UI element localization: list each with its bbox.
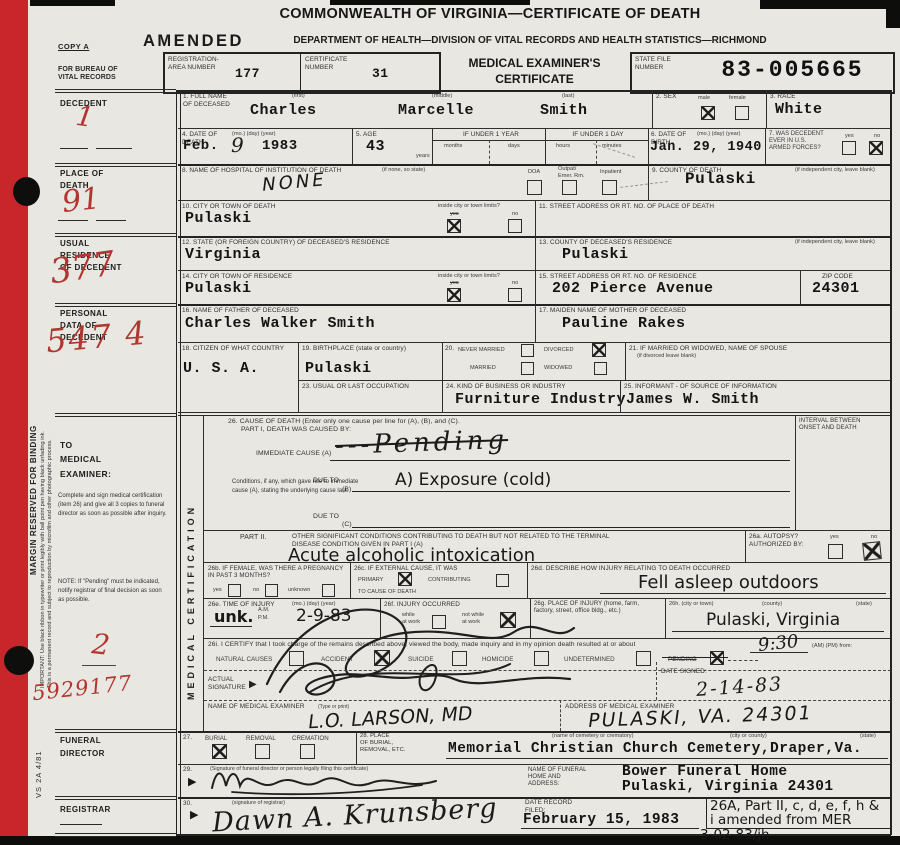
never-married-checkbox <box>521 344 534 357</box>
immediate-cause-line <box>330 460 790 461</box>
cremation-checkbox <box>300 744 315 759</box>
conditions-note: Conditions, if any, which gave rise to i… <box>232 478 370 495</box>
death-limits-label: inside city or town limits? <box>438 203 500 210</box>
burial-checkbox <box>212 744 227 759</box>
sex-female-label: female <box>729 95 746 102</box>
field-17-label: 17. MAIDEN NAME OF MOTHER OF DECEASED <box>539 307 686 315</box>
section-divider <box>178 731 891 733</box>
cemetery-paren: (name of cemetery or crematory) <box>552 733 633 740</box>
field-8-paren: (if none, so state) <box>382 167 425 174</box>
burial-underline <box>446 758 888 759</box>
field-21-label: 21. IF MARRIED OR WIDOWED, NAME OF SPOUS… <box>629 345 787 353</box>
margin-permanent-text: This is a permanent record and subject t… <box>47 439 53 688</box>
citizen-value: U. S. A. <box>183 360 259 377</box>
date-signed-label: DATE SIGNED: <box>661 668 707 676</box>
due-to-c-label: DUE TO <box>313 513 339 521</box>
cause-b-line <box>352 491 790 492</box>
certificate-number-label: CERTIFICATE NUMBER <box>305 56 347 71</box>
pending-checkbox <box>710 651 724 665</box>
blank-line <box>60 824 102 825</box>
row-divider <box>204 530 891 531</box>
informant-cell <box>620 380 622 412</box>
doa-label: DOA <box>528 169 540 176</box>
separator <box>55 833 176 837</box>
state-file-label: STATE FILE NUMBER <box>635 56 671 71</box>
mother-cell <box>535 304 537 342</box>
autopsy-cell-rule <box>745 530 746 562</box>
field-1-label: 1. FULL NAME OF DECEASED <box>183 93 230 108</box>
age-value: 43 <box>366 138 385 155</box>
outpatient-label: Outpat/ Emer. Rm. <box>558 166 584 179</box>
armed-yes-checkbox <box>842 141 856 155</box>
res-limits-yes-label: yes <box>450 280 459 287</box>
cell-rule <box>356 731 357 764</box>
divorced-label: DIVORCED <box>544 347 574 354</box>
red-mark-91: 91 <box>60 181 102 220</box>
birth-date-value: Jan. 29, 1940 <box>650 140 762 155</box>
under-1-year-label: IF UNDER 1 YEAR <box>436 131 546 139</box>
days-label: days <box>508 143 520 150</box>
contributing-label: CONTRIBUTING <box>428 577 471 584</box>
department-subtitle: DEPARTMENT OF HEALTH—DIVISION OF VITAL R… <box>250 35 810 46</box>
county-of-death-value: Pulaski <box>685 170 756 188</box>
sex-male-label: male <box>698 95 710 102</box>
field-24-label: 24. KIND OF BUSINESS OR INDUSTRY <box>446 383 566 391</box>
sex-male-checkbox <box>701 106 715 120</box>
c-tag: (C) <box>342 521 352 529</box>
field-21-paren: (if divorced leave blank) <box>637 353 696 360</box>
outpatient-checkbox <box>562 180 577 195</box>
decedent-middle-name: Marcelle <box>398 102 474 119</box>
field-30-label: 30. <box>183 800 192 808</box>
county-death-cell <box>648 164 650 200</box>
cause-b-value: A) Exposure (cold) <box>395 470 551 490</box>
med-cert-strip-rule <box>203 415 204 731</box>
medical-examiner-signature <box>268 654 578 702</box>
separator <box>55 233 176 237</box>
death-limits-yes-label: yes <box>450 211 459 218</box>
field-13-paren: (if independent city, leave blank) <box>795 239 875 246</box>
field-19-label: 19. BIRTHPLACE (state or country) <box>302 345 437 353</box>
time-underline <box>210 626 252 627</box>
me-name-label: NAME OF MEDICAL EXAMINER <box>208 703 305 711</box>
row-divider <box>204 562 891 563</box>
autopsy-yes-checkbox <box>828 544 843 559</box>
cell-rule <box>527 562 528 598</box>
cause-c-line <box>352 527 790 528</box>
married-label: MARRIED <box>470 365 496 372</box>
doa-checkbox <box>527 180 542 195</box>
punch-hole-top <box>13 177 40 206</box>
separator <box>55 89 176 93</box>
separator <box>55 796 176 800</box>
funeral-director-signature <box>204 762 464 796</box>
immediate-cause-value-pending: ---Pending <box>335 425 509 461</box>
res-limits-yes-checkbox <box>447 288 461 302</box>
separator <box>55 303 176 307</box>
hours-label: hours <box>556 143 570 150</box>
date-record-filed-value: February 15, 1983 <box>523 812 679 828</box>
field-2-label: 2. SEX <box>656 93 677 101</box>
under-1-day-label: IF UNDER 1 DAY <box>548 131 648 139</box>
race-cell <box>766 90 768 128</box>
field-16-label: 16. NAME OF FATHER OF DECEASED <box>182 307 299 315</box>
residence-county-value: Pulaski <box>562 246 629 263</box>
amendment-line3: 3-02-83/jh <box>700 827 770 843</box>
field-26h-state-label: (state) <box>856 601 872 608</box>
side-registrar: REGISTRAR <box>60 803 111 817</box>
under-1-year-cell <box>432 128 434 164</box>
contributing-checkbox <box>496 574 509 587</box>
industry-cell <box>442 380 444 412</box>
pregnancy-unknown-label: unknown <box>288 587 310 594</box>
blank-line <box>60 148 88 149</box>
me-address-divider <box>560 700 562 731</box>
place-of-burial-value: Memorial Christian Church Cemetery,Drape… <box>448 741 862 757</box>
months-label: months <box>444 143 462 150</box>
margin-important-text: IMPORTANT: Use black ribbon in typewrite… <box>40 431 46 688</box>
pending-strike <box>662 657 728 658</box>
certificate-title: COMMONWEALTH OF VIRGINIA—CERTIFICATE OF … <box>180 6 800 22</box>
side-to-medical-examiner: TO MEDICAL EXAMINER: <box>60 438 111 481</box>
field-28-label: 28. PLACE OF BURIAL, REMOVAL, ETC. <box>360 733 406 754</box>
cell-rule <box>665 598 666 638</box>
blank-line <box>58 220 88 221</box>
residence-city-value: Pulaski <box>185 280 252 297</box>
never-married-label: NEVER MARRIED <box>458 347 505 354</box>
side-funeral-director: FUNERAL DIRECTOR <box>60 735 105 761</box>
separator <box>55 729 176 733</box>
age-cell <box>352 128 354 164</box>
field-18-label: 18. CITIZEN OF WHAT COUNTRY <box>182 345 290 353</box>
injury-location-value: Pulaski, Virginia <box>706 610 840 630</box>
undetermined-checkbox <box>636 651 651 666</box>
death-month: Feb. <box>183 138 219 154</box>
certificate-number-value: 31 <box>372 66 389 81</box>
mother-name-value: Pauline Rakes <box>562 315 686 332</box>
medical-certification-vertical-label: MEDICAL CERTIFICATION <box>186 504 196 700</box>
amendment-line2: i amended from MER <box>710 812 851 828</box>
field-26b-label: 26b. IF FEMALE, WAS THERE A PREGNANCY IN… <box>208 565 343 580</box>
inpatient-checkbox <box>602 180 617 195</box>
married-checkbox <box>521 362 534 375</box>
primary-checkbox <box>398 572 412 586</box>
blank-line <box>96 148 132 149</box>
margin-binding-text: MARGIN RESERVED FOR BINDING <box>29 425 38 575</box>
pending-note: NOTE: If "Pending" must be indicated, no… <box>58 578 162 605</box>
zip-cell <box>800 270 802 304</box>
field-23-label: 23. USUAL OR LAST OCCUPATION <box>302 383 409 391</box>
father-name-value: Charles Walker Smith <box>185 315 375 332</box>
death-day: 9 <box>231 133 244 157</box>
street-residence-cell <box>535 270 537 304</box>
blank-line <box>96 220 126 221</box>
city-of-death-value: Pulaski <box>185 210 252 227</box>
street-death-cell <box>535 200 537 236</box>
separator <box>55 413 176 417</box>
separator <box>55 163 176 167</box>
armed-forces-cell <box>765 128 767 164</box>
inpatient-label: Inpatient <box>600 169 621 176</box>
to-cause-label: TO CAUSE OF DEATH <box>358 589 416 596</box>
field-26a-label: 26a. AUTOPSY? AUTHORIZED BY: <box>749 533 804 548</box>
signature-arrow-icon: ▶ <box>190 808 198 821</box>
residence-state-value: Virginia <box>185 246 261 263</box>
burial-label: BURIAL <box>205 735 227 742</box>
how-injury-underline <box>600 593 886 594</box>
form-left-double-rule <box>176 90 181 835</box>
armed-yes-label: yes <box>845 133 854 140</box>
marital-cell <box>442 342 444 380</box>
form-number: VS 2A 4/81 <box>34 750 43 798</box>
registration-area-value: 177 <box>235 66 260 81</box>
autopsy-yes-label: yes <box>830 534 839 541</box>
signature-arrow-icon: ▶ <box>249 679 257 690</box>
field-9-paren: (if independent city, leave blank) <box>795 167 875 174</box>
sex-female-checkbox <box>735 106 749 120</box>
field-25-label: 25. INFORMANT - OF SOURCE OF INFORMATION <box>624 383 777 391</box>
decedent-last-name: Smith <box>540 102 588 119</box>
section-divider <box>178 412 891 416</box>
field-26-label1: 26. CAUSE OF DEATH (Enter only one cause… <box>228 418 460 426</box>
divorced-checkbox <box>592 343 606 357</box>
under-1-day-cell <box>545 128 547 164</box>
last-label: (last) <box>562 93 574 100</box>
binding-red-band <box>0 0 28 845</box>
part2-label: PART II. <box>240 534 266 542</box>
interval-column-rule <box>795 415 796 530</box>
funeral-home-address: Pulaski, Virginia 24301 <box>622 779 834 795</box>
birthplace-value: Pulaski <box>305 360 372 377</box>
copy-label: COPY A <box>58 42 89 51</box>
field-26h-city-label: 26h. (city or town) <box>669 601 713 608</box>
red-mark-2: 2 <box>90 627 111 662</box>
autopsy-no-checkbox <box>862 541 882 561</box>
amended-stamp: AMENDED <box>143 32 244 51</box>
industry-value: Furniture Industry <box>455 391 626 408</box>
sex-cell <box>652 90 654 128</box>
res-limits-no-label: no <box>512 280 518 287</box>
punch-hole-bottom <box>4 646 34 675</box>
pregnancy-no-label: no <box>253 587 259 594</box>
middle-label: (middle) <box>432 93 452 100</box>
scan-artifact <box>886 0 900 28</box>
scan-artifact <box>30 0 115 6</box>
state-paren: (state) <box>860 733 876 740</box>
divider <box>489 140 491 164</box>
immediate-cause-label: IMMEDIATE CAUSE (A) <box>256 450 331 458</box>
armed-no-label: no <box>874 133 880 140</box>
first-label: (first) <box>292 93 305 100</box>
form-right-rule <box>890 90 892 835</box>
decedent-first-name: Charles <box>250 102 317 119</box>
row-divider <box>298 380 891 381</box>
informant-value: James W. Smith <box>626 391 759 408</box>
how-injury-value: Fell asleep outdoors <box>638 572 819 593</box>
death-year: 1983 <box>262 138 298 154</box>
autopsy-no-label: no <box>871 534 877 541</box>
funeral-home-label: NAME OF FUNERAL HOME AND ADDRESS: <box>528 767 587 789</box>
copy-for-label: FOR BUREAU OF VITAL RECORDS <box>58 66 118 83</box>
cremation-label: CREMATION <box>292 735 329 742</box>
pregnancy-yes-label: yes <box>213 587 222 594</box>
time-of-injury-value: unk. <box>214 607 254 626</box>
injury-location-underline <box>672 631 884 632</box>
field-3-label: 3. RACE <box>770 93 796 101</box>
residence-street-value: 202 Pierce Avenue <box>552 280 714 297</box>
birthplace-cell <box>298 342 300 412</box>
armed-no-checkbox <box>869 141 883 155</box>
pending-dashes <box>728 660 758 661</box>
primary-label: PRIMARY <box>358 577 383 584</box>
zip-value: 24301 <box>812 280 860 297</box>
row-divider <box>178 342 891 343</box>
widowed-label: WIDOWED <box>544 365 572 372</box>
blank-line <box>82 665 116 666</box>
state-file-value: 83-005665 <box>700 57 885 83</box>
medical-examiner-instructions: Complete and sign medical certification … <box>58 492 168 519</box>
actual-signature-label: ACTUAL SIGNATURE <box>208 676 246 691</box>
section-divider <box>178 164 891 166</box>
filed-underline <box>521 828 699 829</box>
county-residence-cell <box>535 236 537 270</box>
death-limits-yes-checkbox <box>447 219 461 233</box>
field-11-label: 11. STREET ADDRESS OR RT. NO. OF PLACE O… <box>539 203 714 211</box>
field-20-label: 20. <box>445 345 454 353</box>
death-time-underline <box>750 652 808 653</box>
date-signed-divider <box>656 662 658 700</box>
registration-area-label: REGISTRATION- AREA NUMBER <box>168 56 219 71</box>
death-limits-no-checkbox <box>508 219 522 233</box>
am-pm-from-label: (AM) (PM) from: <box>812 643 852 650</box>
death-certificate-scan: MARGIN RESERVED FOR BINDING IMPORTANT: U… <box>0 0 900 845</box>
removal-label: REMOVAL <box>246 735 276 742</box>
medical-examiners-certificate-label: MEDICAL EXAMINER'S CERTIFICATE <box>447 56 622 87</box>
res-limits-label: inside city or town limits? <box>438 273 500 280</box>
field-6-sub: (mo.) (day) (year) <box>697 131 741 138</box>
field-26h-county-label: (county) <box>762 601 782 608</box>
scan-artifact <box>330 0 530 5</box>
signature-arrow-icon: ▶ <box>188 775 196 788</box>
removal-checkbox <box>255 744 270 759</box>
cell-rule <box>350 562 351 598</box>
city-county-paren: (city or county) <box>730 733 767 740</box>
death-limits-no-label: no <box>512 211 518 218</box>
field-27-label: 27. <box>183 734 192 742</box>
registration-divider <box>300 52 301 90</box>
row-divider-dashed <box>204 700 891 701</box>
form-top-rule <box>176 90 891 92</box>
spouse-cell <box>625 342 627 380</box>
field-7-label: 7. WAS DECEDENT EVER IN U.S. ARMED FORCE… <box>769 131 824 153</box>
row-divider <box>178 128 891 129</box>
widowed-checkbox <box>594 362 607 375</box>
field-29-label: 29. <box>183 766 192 774</box>
res-limits-no-checkbox <box>508 288 522 302</box>
interval-label: INTERVAL BETWEEN ONSET AND DEATH <box>799 418 861 432</box>
age-years-label: years <box>416 153 430 160</box>
race-value: White <box>775 101 823 118</box>
pregnancy-yes-checkbox <box>228 584 241 597</box>
funeral-home-name: Bower Funeral Home <box>622 764 788 780</box>
